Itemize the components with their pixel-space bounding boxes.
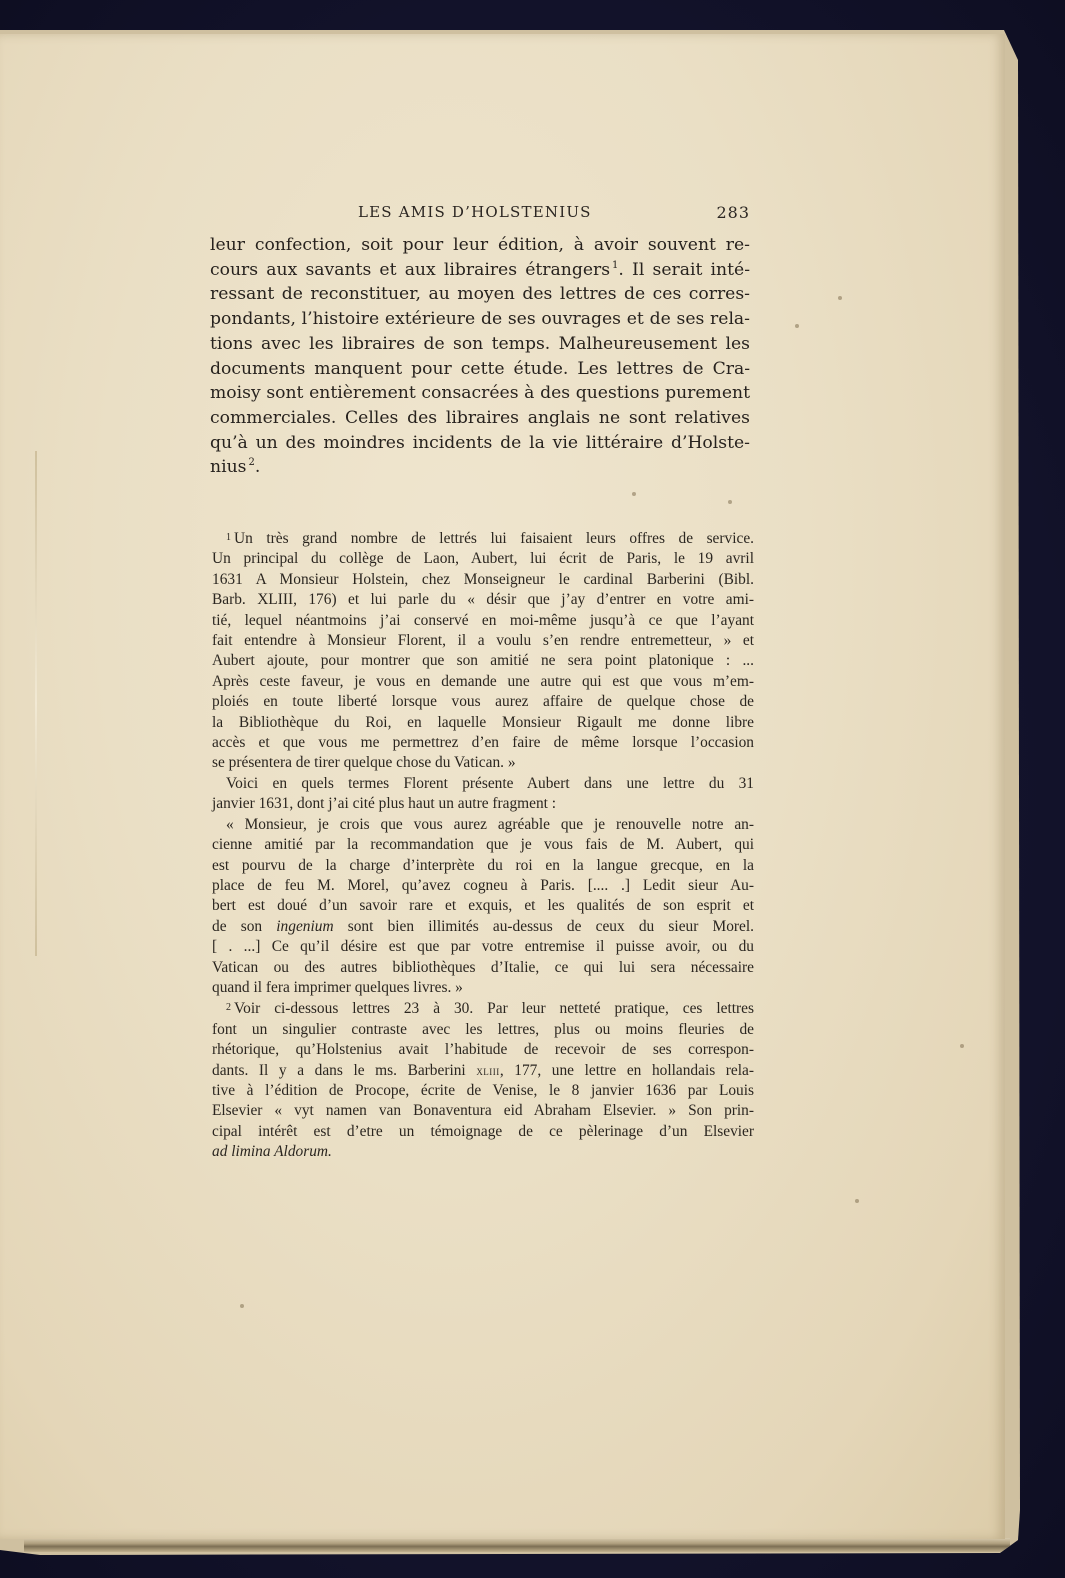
body-line: leur confection, soit pour leur édition,… bbox=[210, 233, 750, 258]
body-line: tions avec les libraires de son temps. M… bbox=[210, 332, 750, 357]
paper-speck bbox=[240, 1304, 244, 1308]
footnote-line: Un principal du collège de Laon, Aubert,… bbox=[212, 549, 754, 569]
body-line-text: cours aux savants et aux libraires étran… bbox=[210, 260, 610, 280]
footnote-line: la Bibliothèque du Roi, en laquelle Mons… bbox=[212, 713, 754, 733]
body-line-text: nius bbox=[210, 457, 246, 477]
footnote-line: 2Voir ci-dessous lettres 23 à 30. Par le… bbox=[212, 998, 754, 1019]
paper-speck bbox=[632, 492, 636, 496]
footnote-line: janvier 1631, dont j’ai cité plus haut u… bbox=[212, 794, 754, 814]
running-title: Les amis d’Holstenius bbox=[358, 203, 592, 221]
paper-speck bbox=[855, 1199, 859, 1203]
body-line: ressant de reconstituer, au moyen des le… bbox=[210, 282, 750, 307]
body-line: documents manquent pour cette étude. Les… bbox=[210, 357, 750, 382]
footnote-1: 1Un très grand nombre de lettrés lui fai… bbox=[212, 528, 754, 998]
italic-term: ingenium bbox=[276, 918, 333, 935]
body-line-text: . bbox=[255, 457, 260, 477]
quote-text: de son bbox=[212, 918, 262, 935]
footnote-line: Après ceste faveur, je vous en demande u… bbox=[212, 672, 754, 692]
quote-text: sont bien illimités au-dessus de ceux du… bbox=[348, 918, 754, 935]
body-line: moisy sont entièrement consacrées à des … bbox=[210, 381, 750, 406]
footnote-text: , 177, une lettre en hollandais rela- bbox=[500, 1062, 754, 1079]
footnote-line: ploiés en toute liberté lorsque vous aur… bbox=[212, 692, 754, 712]
quote-line: « Monsieur, je crois que vous aurez agré… bbox=[212, 815, 754, 835]
footnote-line: Elsevier « vyt namen van Bonaventura eid… bbox=[212, 1101, 754, 1121]
body-line: cours aux savants et aux libraires étran… bbox=[210, 258, 750, 283]
footnote-line: 1Un très grand nombre de lettrés lui fai… bbox=[212, 528, 754, 549]
paper-speck bbox=[795, 324, 799, 328]
quote-line: cienne amitié par la recommandation que … bbox=[212, 835, 754, 855]
footnote-line: se présentera de tirer quelque chose du … bbox=[212, 753, 754, 773]
footnote-line: font un singulier contraste avec les let… bbox=[212, 1020, 754, 1040]
footnote-number: 1 bbox=[226, 532, 231, 543]
footnotes: 1Un très grand nombre de lettrés lui fai… bbox=[212, 528, 754, 1163]
quote-line: quand il fera imprimer quelques livres. … bbox=[212, 978, 754, 998]
page-crease bbox=[35, 451, 37, 956]
body-line-text: . Il serait inté- bbox=[618, 260, 750, 280]
page-number: 283 bbox=[716, 203, 750, 222]
quote-line: Vatican ou des autres bibliothèques d’It… bbox=[212, 958, 754, 978]
quote-line: bert est doué d’un savoir rare et exquis… bbox=[212, 896, 754, 916]
footnote-line: rhétorique, qu’Holstenius avait l’habitu… bbox=[212, 1040, 754, 1060]
quote-line: [ . ...] Ce qu’il désire est que par vot… bbox=[212, 937, 754, 957]
footnote-line: ad limina Aldorum. bbox=[212, 1142, 754, 1162]
footnote-2: 2Voir ci-dessous lettres 23 à 30. Par le… bbox=[212, 998, 754, 1162]
body-line: qu’à un des moindres incidents de la vie… bbox=[210, 431, 750, 456]
footnote-line: Barb. XLIII, 176) et lui parle du « dési… bbox=[212, 590, 754, 610]
body-line: pondants, l’histoire extérieure de ses o… bbox=[210, 307, 750, 332]
footnote-text: dants. Il y a dans le ms. Barberini bbox=[212, 1062, 466, 1079]
paper-speck bbox=[960, 1044, 964, 1048]
footnote-line: Aubert ajoute, pour montrer que son amit… bbox=[212, 651, 754, 671]
paper-speck bbox=[728, 500, 732, 504]
footnote-line: 1631 A Monsieur Holstein, chez Monseigne… bbox=[212, 570, 754, 590]
running-header: Les amis d’Holstenius 283 bbox=[210, 203, 750, 225]
footnote-line: dants. Il y a dans le ms. Barberini xlii… bbox=[212, 1061, 754, 1081]
footnote-number: 2 bbox=[226, 1002, 231, 1013]
paper-speck bbox=[838, 296, 842, 300]
quote-line: est pourvu de la charge d’interprète du … bbox=[212, 856, 754, 876]
footnote-text: Un très grand nombre de lettrés lui fais… bbox=[234, 530, 754, 547]
quote-line: place de feu M. Morel, qu’avez cogneu à … bbox=[212, 876, 754, 896]
footnote-line: tive à l’édition de Procope, écrite de V… bbox=[212, 1081, 754, 1101]
footnote-line: accès et que vous me permettrez d’en fai… bbox=[212, 733, 754, 753]
body-line: commerciales. Celles des libraires angla… bbox=[210, 406, 750, 431]
italic-phrase: ad limina Aldorum. bbox=[212, 1143, 332, 1160]
body-line: nius2. bbox=[210, 455, 750, 480]
main-paragraph: leur confection, soit pour leur édition,… bbox=[210, 233, 750, 480]
footnote-line: cipal intérêt est d’etre un témoignage d… bbox=[212, 1122, 754, 1142]
quote-line: de son ingenium sont bien illimités au-d… bbox=[212, 917, 754, 937]
manuscript-number: xliii bbox=[476, 1063, 500, 1078]
footnote-line: Voici en quels termes Florent présente A… bbox=[212, 774, 754, 794]
footnote-text: Voir ci-dessous lettres 23 à 30. Par leu… bbox=[234, 1000, 754, 1017]
footnote-line: fait entendre à Monsieur Florent, il a v… bbox=[212, 631, 754, 651]
footnote-line: tié, lequel néantmoins j’ai conservé en … bbox=[212, 611, 754, 631]
